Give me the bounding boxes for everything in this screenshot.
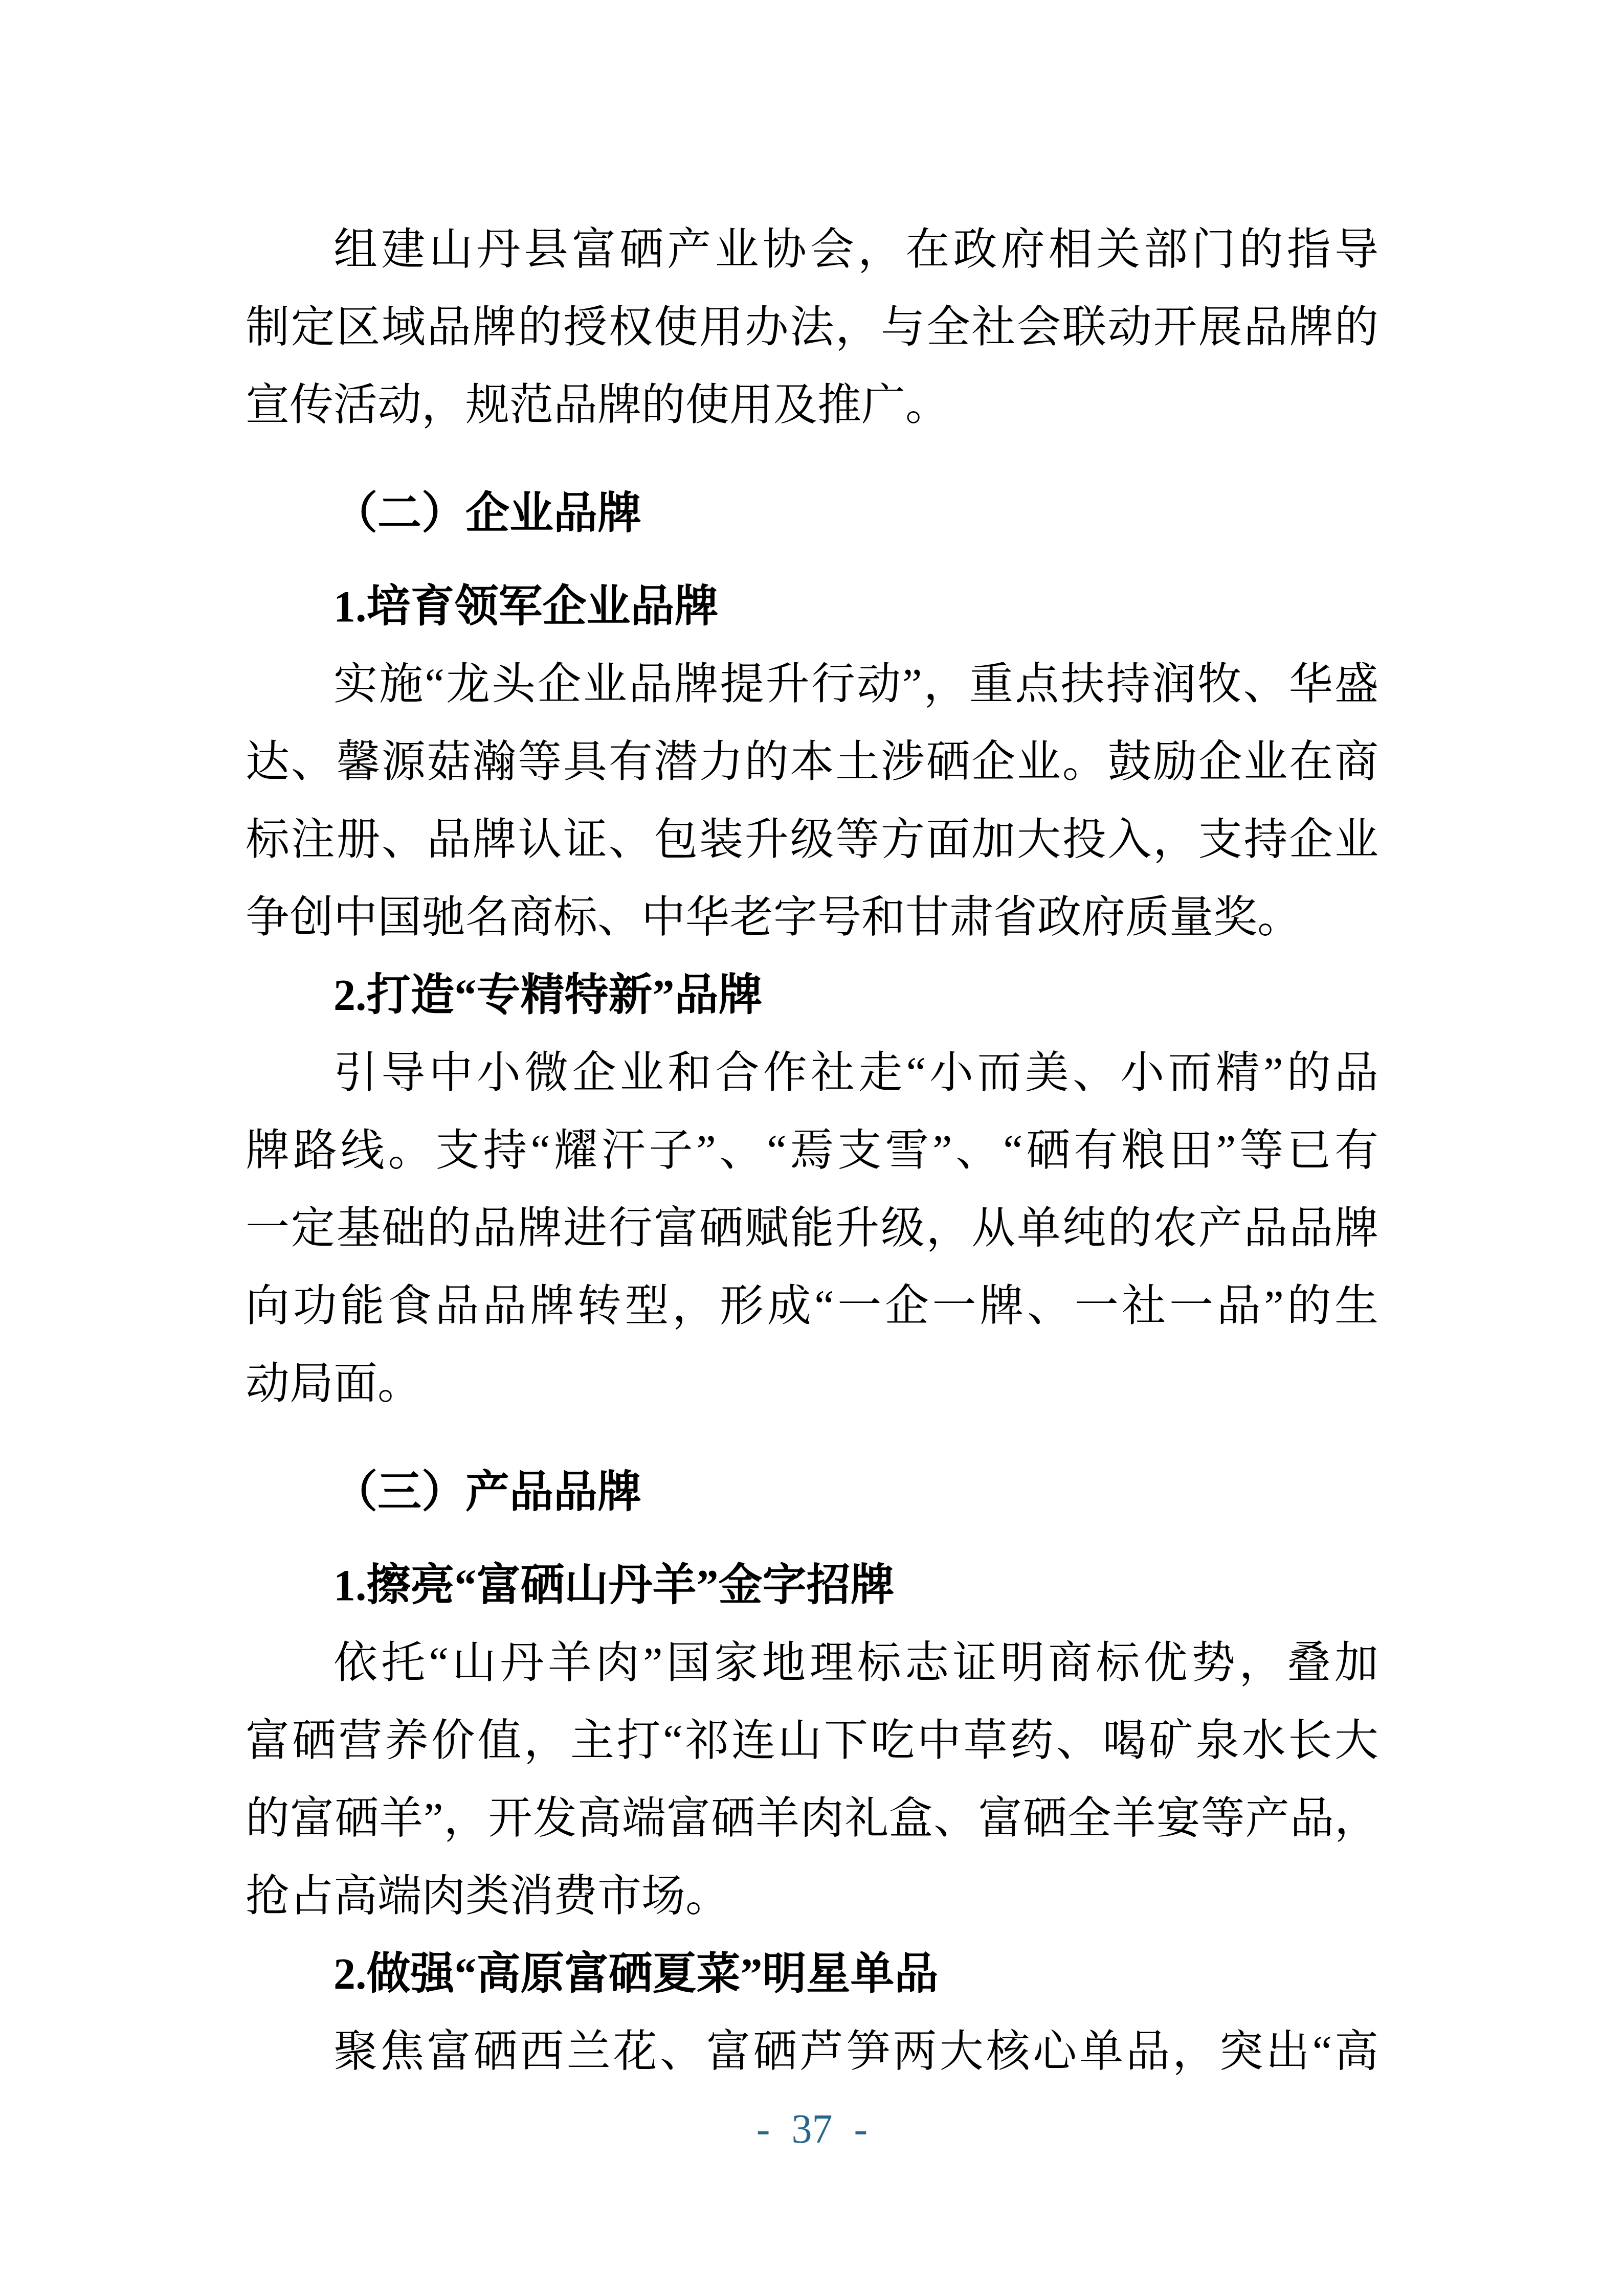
heading-text: 2.做强“高原富硒夏菜”明星单品 bbox=[246, 1935, 1378, 2013]
paragraph: 依托“山丹羊肉”国家地理标志证明商标优势，叠加 富硒营养价值，主打“祁连山下吃中… bbox=[246, 1624, 1378, 1935]
document-page: 组建山丹县富硒产业协会，在政府相关部门的指导下， 制定区域品牌的授权使用办法，与… bbox=[0, 0, 1624, 2296]
text-line: 动局面。 bbox=[246, 1345, 1378, 1423]
sub-heading: 1.擦亮“富硒山丹羊”金字招牌 bbox=[246, 1546, 1378, 1624]
text-line: 标注册、品牌认证、包装升级等方面加大投入，支持企业 bbox=[246, 801, 1378, 879]
text-line: 抢占高端肉类消费市场。 bbox=[246, 1857, 1378, 1935]
heading-text: 2.打造“专精特新”品牌 bbox=[246, 956, 1378, 1034]
paragraph: 聚焦富硒西兰花、富硒芦笋两大核心单品，突出“高 bbox=[246, 2013, 1378, 2090]
text-line: 组建山丹县富硒产业协会，在政府相关部门的指导下， bbox=[246, 211, 1378, 288]
text-line: 争创中国驰名商标、中华老字号和甘肃省政府质量奖。 bbox=[246, 879, 1378, 956]
heading-text: （三）产品品牌 bbox=[246, 1453, 1378, 1531]
page-number: -37- bbox=[0, 2106, 1624, 2153]
sub-heading: 2.打造“专精特新”品牌 bbox=[246, 956, 1378, 1034]
text-line: 牌路线。支持“耀汗子”、“焉支雪”、“硒有粮田”等已有 bbox=[246, 1112, 1378, 1189]
heading-text: （二）企业品牌 bbox=[246, 475, 1378, 552]
text-line: 的富硒羊”，开发高端富硒羊肉礼盒、富硒全羊宴等产品， bbox=[246, 1780, 1378, 1857]
text-line: 依托“山丹羊肉”国家地理标志证明商标优势，叠加 bbox=[246, 1624, 1378, 1702]
text-block: 组建山丹县富硒产业协会，在政府相关部门的指导下， 制定区域品牌的授权使用办法，与… bbox=[246, 211, 1378, 2090]
page-number-value: 37 bbox=[792, 2107, 833, 2152]
text-line: 达、馨源菇瀚等具有潜力的本土涉硒企业。鼓励企业在商 bbox=[246, 723, 1378, 801]
page-number-left-dash: - bbox=[757, 2107, 770, 2152]
text-line: 富硒营养价值，主打“祁连山下吃中草药、喝矿泉水长大 bbox=[246, 1702, 1378, 1780]
page-number-right-dash: - bbox=[854, 2107, 868, 2152]
section-heading: （三）产品品牌 bbox=[246, 1453, 1378, 1531]
text-line: 聚焦富硒西兰花、富硒芦笋两大核心单品，突出“高 bbox=[246, 2013, 1378, 2090]
sub-heading: 1.培育领军企业品牌 bbox=[246, 568, 1378, 645]
paragraph: 组建山丹县富硒产业协会，在政府相关部门的指导下， 制定区域品牌的授权使用办法，与… bbox=[246, 211, 1378, 444]
text-line: 向功能食品品牌转型，形成“一企一牌、一社一品”的生 bbox=[246, 1267, 1378, 1345]
heading-text: 1.培育领军企业品牌 bbox=[246, 568, 1378, 645]
text-line: 一定基础的品牌进行富硒赋能升级，从单纯的农产品品牌 bbox=[246, 1189, 1378, 1267]
text-line: 宣传活动，规范品牌的使用及推广。 bbox=[246, 366, 1378, 444]
paragraph: 实施“龙头企业品牌提升行动”，重点扶持润牧、华盛 达、馨源菇瀚等具有潜力的本土涉… bbox=[246, 645, 1378, 956]
text-line: 制定区域品牌的授权使用办法，与全社会联动开展品牌的 bbox=[246, 288, 1378, 366]
text-line: 引导中小微企业和合作社走“小而美、小而精”的品 bbox=[246, 1034, 1378, 1112]
paragraph: 引导中小微企业和合作社走“小而美、小而精”的品 牌路线。支持“耀汗子”、“焉支雪… bbox=[246, 1034, 1378, 1423]
text-line: 实施“龙头企业品牌提升行动”，重点扶持润牧、华盛 bbox=[246, 645, 1378, 723]
heading-text: 1.擦亮“富硒山丹羊”金字招牌 bbox=[246, 1546, 1378, 1624]
sub-heading: 2.做强“高原富硒夏菜”明星单品 bbox=[246, 1935, 1378, 2013]
section-heading: （二）企业品牌 bbox=[246, 475, 1378, 552]
